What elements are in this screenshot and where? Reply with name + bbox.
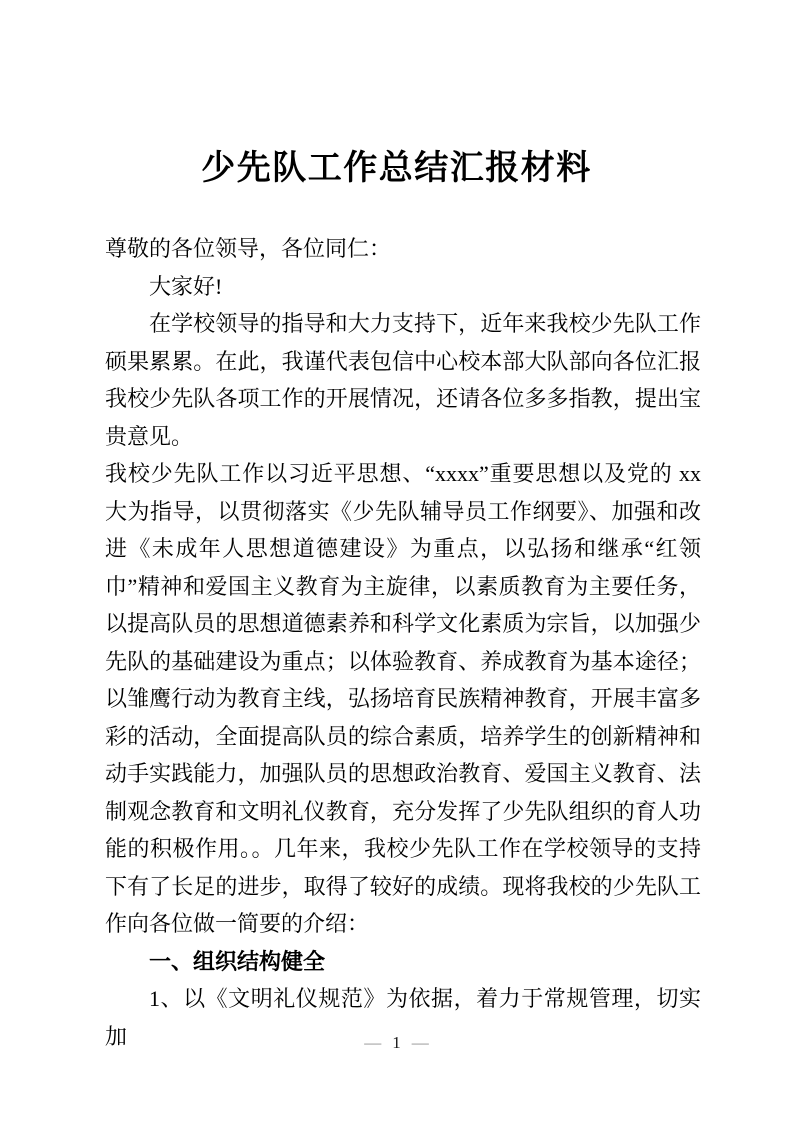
document-body: 尊敬的各位领导，各位同仁： 大家好! 在学校领导的指导和大力支持下，近年来我校少… [105,230,701,1055]
paragraph-intro: 在学校领导的指导和大力支持下，近年来我校少先队工作硕果累累。在此，我谨代表包信中… [105,305,701,455]
paragraph-greeting: 大家好! [105,268,701,306]
page-number: 1 [392,1033,401,1052]
section-heading-organization: 一、组织结构健全 [105,943,701,981]
footer-dash-left: — [364,1033,381,1052]
footer-dash-right: — [412,1033,429,1052]
paragraph-guiding-principles: 我校少先队工作以习近平思想、“xxxx”重要思想以及党的 xx 大为指导，以贯彻… [105,455,701,943]
document-title: 少先队工作总结汇报材料 [0,149,793,189]
paragraph-salutation: 尊敬的各位领导，各位同仁： [105,230,701,268]
document-page: 少先队工作总结汇报材料 尊敬的各位领导，各位同仁： 大家好! 在学校领导的指导和… [0,0,793,1122]
page-footer: —1— [0,1032,793,1054]
